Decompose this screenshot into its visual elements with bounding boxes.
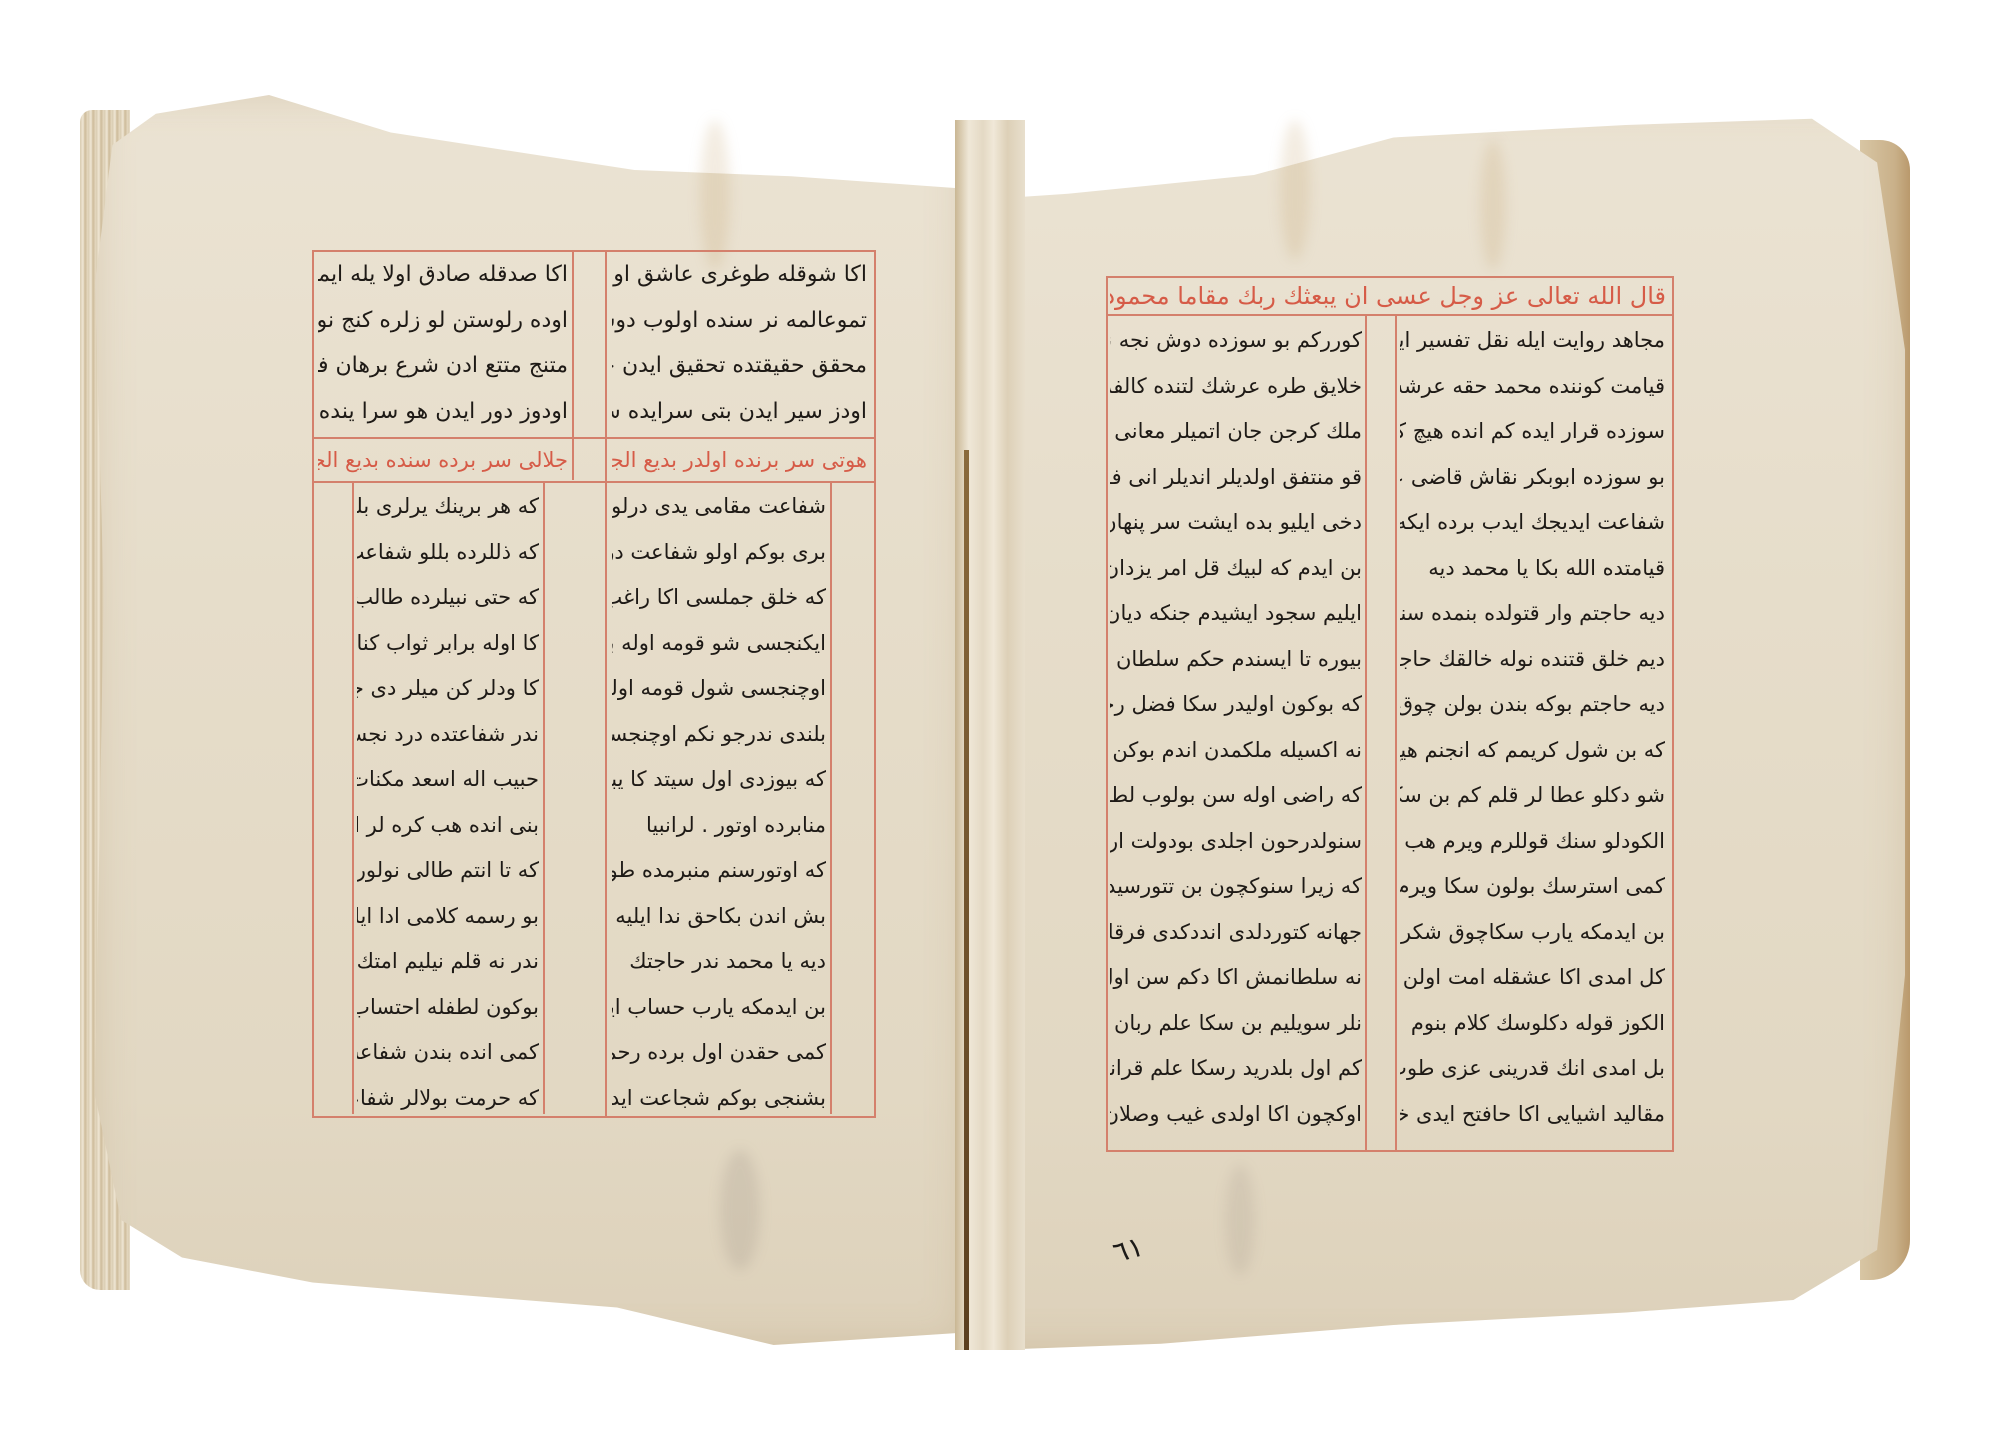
verse-line: بوكون لطفله احتساب ایله كل xyxy=(357,985,539,1031)
verse-line: قو منتفق اولدیلر اندیلر انی فانی xyxy=(1110,455,1362,501)
verse-line: محقق حقیقتده تحقیق ایدن حق اول xyxy=(612,343,867,389)
left-rubric-left: جلالی سر برده سنده بدیع الجمال xyxy=(318,440,568,480)
verse-line: كه حرمت بولالر شفاعت ایده xyxy=(357,1076,539,1122)
verse-line: نه اكسیله ملكمدن اندم بوكن كان فانی xyxy=(1110,728,1362,774)
verse-line: متنج متتع ادن شرع برهان فانی xyxy=(318,343,568,389)
verse-line: جهانه كتوردلدی انددكدی فرقان فانی xyxy=(1110,910,1362,956)
verse-line: مقالید اشیایی اكا حافتح ایدی خدا xyxy=(1400,1092,1665,1138)
verse-line: ندر شفاعتده درد نجسی xyxy=(357,712,539,758)
verse-line: اكا صدقله صادق اولا یله ایمان فانی xyxy=(318,252,568,298)
verse-line: دیه حاجتم بوكه بندن بولن چوق دله xyxy=(1400,682,1665,728)
verse-line: نه سلطانمش اكا دكم سن اول خان فانی xyxy=(1110,955,1362,1001)
verse-line: بو سوزده ابوبكر نقاش قاضی عیاض xyxy=(1400,455,1665,501)
verse-line: شفاعت مقامی یدی درلو در xyxy=(612,484,826,530)
verse-line: سوزده قرار ایده كم انده هیچ كسنه xyxy=(1400,409,1665,455)
verse-line: كه بن شول كریمم كه انجنم هیچ كسیه xyxy=(1400,728,1665,774)
stain xyxy=(1225,1165,1255,1275)
verse-line: دخی ایلیو بده ایشت سر پنهان فانی xyxy=(1110,500,1362,546)
verse-line: كا ودلر كن میلر دی جمیع xyxy=(357,666,539,712)
left-column-divider-2 xyxy=(605,250,607,1116)
verse-line: كه حتی نبیلرده طالب اوله xyxy=(357,575,539,621)
verse-line: كل امدی اكا عشقله امت اولن كسنی xyxy=(1400,955,1665,1001)
verse-line: مجاهد روایت ایله نقل تفسیر ایله xyxy=(1400,318,1665,364)
verse-line: بن ایدمكه یارب حساب ایله كل xyxy=(612,985,826,1031)
left-upper-col-right: اكا شوقله طوغری عاشق اولوب انی سو تموعال… xyxy=(612,252,867,434)
verse-line: ندر نه قلم نیلیم امتك xyxy=(357,939,539,985)
verse-line: منابرده اوتور . لرانبیا xyxy=(612,803,826,849)
verse-line: اوچنجسی شول قومه اوله شفیع xyxy=(612,666,826,712)
verse-line: اوكچون اكا اولدی غیب وصلان فانی xyxy=(1110,1092,1362,1138)
verse-line: ایلیم سجود ایشیدم جنكه دیان فانی xyxy=(1110,591,1362,637)
verse-line: الكوز قوله دكلوسك كلام بنوم xyxy=(1400,1001,1665,1047)
right-rubric-heading: قال الله تعالی عز وجل عسی ان یبعثك ربك م… xyxy=(1110,278,1666,314)
left-upper-col-left: اكا صدقله صادق اولا یله ایمان فانی اوده … xyxy=(318,252,568,434)
right-col-right: مجاهد روایت ایله نقل تفسیر ایله قیامت كو… xyxy=(1400,318,1665,1137)
verse-line: شفاعت ایدیجك ایدب برده ایكه رسول xyxy=(1400,500,1665,546)
verse-line: كه تا انتم طالی نولور لورم xyxy=(357,848,539,894)
left-heading-rule-top xyxy=(312,437,874,439)
verse-line: كا اوله برابر ثواب كناه xyxy=(357,621,539,667)
verse-line: بو رسمه كلامی ادا ایلیه xyxy=(357,894,539,940)
verse-line: بلندی ندرجو نكم اوچنجسی xyxy=(612,712,826,758)
left-inner-margin-2 xyxy=(543,481,545,1114)
verse-line: كورركم بو سوزده دوش نجه نارك فانی xyxy=(1110,318,1362,364)
verse-line: شو دكلو عطا لر قلم كم بن سكا بولون xyxy=(1400,773,1665,819)
verse-line: بیوره تا ایسندم حكم سلطان فانی xyxy=(1110,637,1362,683)
verse-line: بش اندن بكاحق ندا ایلیه xyxy=(612,894,826,940)
verse-line: بن ایدم كه لبیك قل امر یزدان فانی xyxy=(1110,546,1362,592)
left-heading-rule-bottom xyxy=(312,481,874,483)
verse-line: ملك كرجن جان اتمیلر معانی xyxy=(1110,409,1362,455)
left-inner-margin xyxy=(352,481,354,1114)
left-lower-col-right: شفاعت مقامی یدی درلو در بری بوكم اولو شف… xyxy=(612,484,826,1121)
verse-line: الكودلو سنك قوللرم ویرم هب سكا xyxy=(1400,819,1665,865)
stain xyxy=(720,1150,760,1270)
verse-line: حبیب اله اسعد مكنات xyxy=(357,757,539,803)
left-rubric-right: هوتی سر برنده اولدر بدیع الجمال xyxy=(612,440,867,480)
book-gutter xyxy=(955,120,1025,1350)
verse-line: قیامتده الله بكا یا محمد دیه xyxy=(1400,546,1665,592)
verse-line: كم اول بلدرید رسكا علم قرانی فانی xyxy=(1110,1046,1362,1092)
verse-line: اكا شوقله طوغری عاشق اولوب انی سو xyxy=(612,252,867,298)
verse-line: كه هر برینك یرلری بللو در xyxy=(357,484,539,530)
verse-line: دیم خلق قتنده نوله خالقك حاجتی xyxy=(1400,637,1665,683)
left-inner-margin-3 xyxy=(830,481,832,1114)
verse-line: دیه حاجتم وار قتولده بنمده سنوك xyxy=(1400,591,1665,637)
verse-line: اوده رلوستن لو زلره كنج نوران فانی xyxy=(318,298,568,344)
right-column-divider-2 xyxy=(1395,314,1397,1150)
gutter-crack xyxy=(964,450,969,1350)
verse-line: كه زیرا سنوكچون بن تتورسیدم انسان فانی xyxy=(1110,864,1362,910)
verse-line: دیه یا محمد ندر حاجتك xyxy=(612,939,826,985)
verse-line: كه راضی اوله سن بولوب لطف احسان فانی xyxy=(1110,773,1362,819)
verse-line: بنی انده هب كره لر انبیا xyxy=(357,803,539,849)
left-lower-col-left: كه هر برینك یرلری بللو در كه ذللرده بللو… xyxy=(357,484,539,1121)
verse-line: كمی حقدن اول برده رحمت بوله xyxy=(612,1030,826,1076)
verse-line: نلر سویلیم بن سكا علم ربان فانی xyxy=(1110,1001,1362,1047)
verse-line: كه اوتورسنم منبرمده طورم xyxy=(612,848,826,894)
verse-line: اودوز دور ایدن هو سرا ینده سلطان فانی xyxy=(318,389,568,435)
stain xyxy=(1480,140,1506,270)
verse-line: سنولدرحون اجلدی بودولت اركان فانی xyxy=(1110,819,1362,865)
left-column-divider xyxy=(572,250,574,480)
verse-line: بشنجی بوكم شجاعت ایده xyxy=(612,1076,826,1122)
stain xyxy=(700,120,730,270)
verse-line: كه خلق جملسی اكا راغب اوله xyxy=(612,575,826,621)
verse-line: بن ایدمكه یارب سكاچوق شكرلر بنی xyxy=(1400,910,1665,956)
verse-line: بری بوكم اولو شفاعت درر xyxy=(612,530,826,576)
right-heading-rule xyxy=(1106,314,1672,316)
verse-line: ایكنجسی شو قومه اوله بناه xyxy=(612,621,826,667)
right-column-divider xyxy=(1365,314,1367,1150)
verse-line: كه بیوزدی اول سیتد كا یبات xyxy=(612,757,826,803)
verse-line: كه بوكون اولیدر سكا فضل رحمان فانی xyxy=(1110,682,1362,728)
verse-line: تموعالمه نر سنده اولوب دوشب اوكنه xyxy=(612,298,867,344)
verse-line: كمی انده بندن شفاعت بله xyxy=(357,1030,539,1076)
right-col-left: كورركم بو سوزده دوش نجه نارك فانی خلایق … xyxy=(1110,318,1362,1137)
verse-line: كه ذللرده بللو شفاعت درر xyxy=(357,530,539,576)
verse-line: خلایق طره عرشك لتنده كالفرانی xyxy=(1110,364,1362,410)
verse-line: كمی استرسك بولون سكا ویرم انی xyxy=(1400,864,1665,910)
verse-line: قیامت كوننده محمد حقه عرشه دیر xyxy=(1400,364,1665,410)
stain xyxy=(1280,120,1310,260)
verse-line: بل امدی انك قدرینی عزی طوت عز بن xyxy=(1400,1046,1665,1092)
verse-line: اودز سیر ایدن بتی سرایده سنده سرپر xyxy=(612,389,867,435)
